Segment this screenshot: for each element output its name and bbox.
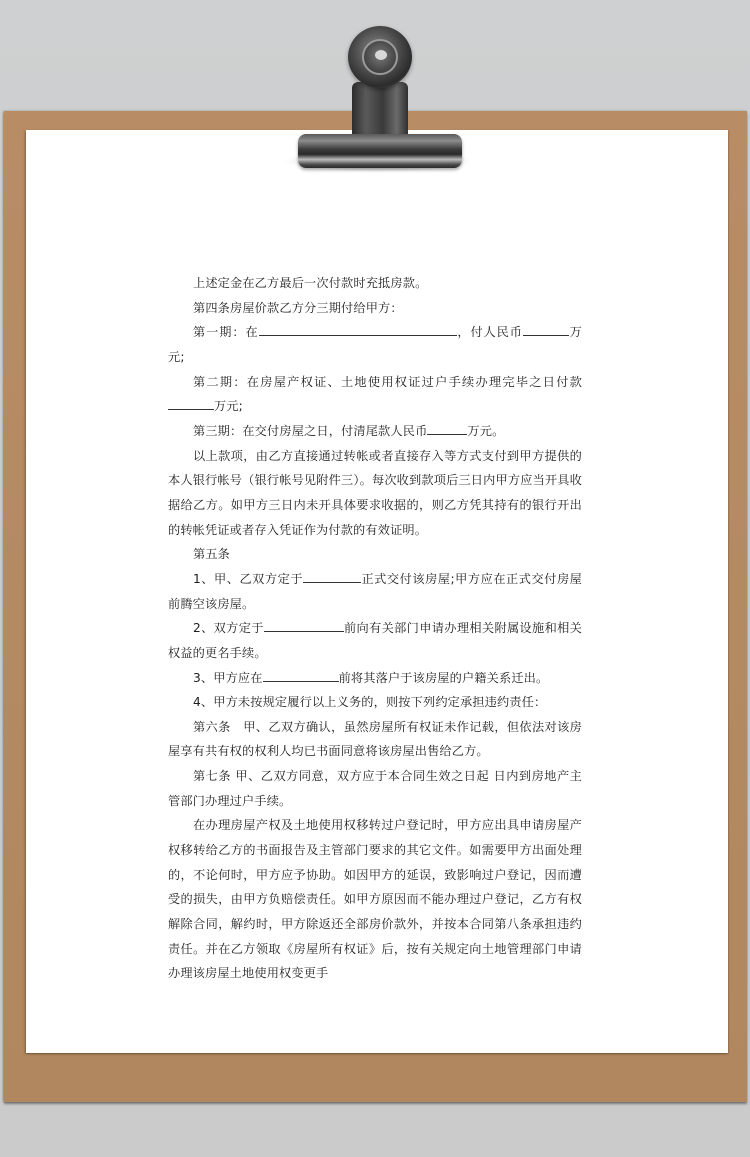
text-segment: 在办理房屋产权及土地使用权移转过户登记时，甲方应出具申请房屋产权移转给乙方的书面… [168,818,582,980]
paragraph-article-6: 第六条 甲、乙双方确认，虽然房屋所有权证未作记载，但依法对该房屋享有共有权的权利… [168,715,582,764]
paragraph-installment-2: 第二期：在房屋产权证、土地使用权证过户手续办理完毕之日付款万元; [168,370,582,419]
paragraph-article-7: 第七条 甲、乙双方同意，双方应于本合同生效之日起 日内到房地产主管部门办理过户手… [168,764,582,813]
text-segment: 2、双方定于 [193,621,264,635]
text-segment: 万元; [214,399,243,413]
paragraph-payment-method: 以上款项，由乙方直接通过转帐或者直接存入等方式支付到甲方提供的本人银行帐号（银行… [168,444,582,543]
text-segment: 第二期：在房屋产权证、土地使用权证过户手续办理完毕之日付款 [193,375,582,389]
blank-field-amount [168,397,214,410]
paragraph-installment-1: 第一期：在，付人民币万元; [168,320,582,369]
paragraph-article-4-title: 第四条房屋价款乙方分三期付给甲方： [168,296,582,321]
clip-ring-inner [362,39,398,75]
paragraph-installment-3: 第三期：在交付房屋之日，付清尾款人民币万元。 [168,419,582,444]
paragraph-article-5-item-4: 4、甲方未按规定履行以上义务的，则按下列约定承担违约责任： [168,690,582,715]
paragraph-article-5-title: 第五条 [168,542,582,567]
clip-hole [375,50,387,60]
text-segment: 3、甲方应在 [193,671,263,685]
paragraph-article-5-item-2: 2、双方定于前向有关部门申请办理相关附属设施和相关权益的更名手续。 [168,616,582,665]
text-segment: 以上款项，由乙方直接通过转帐或者直接存入等方式支付到甲方提供的本人银行帐号（银行… [168,449,582,537]
text-segment: 1、甲、乙双方定于 [193,572,303,586]
blank-field-amount [427,422,467,435]
text-segment: 万元。 [467,424,504,438]
text-segment: ，付人民币 [457,325,523,339]
text-segment: 第六条 甲、乙双方确认，虽然房屋所有权证未作记载，但依法对该房屋享有共有权的权利… [168,720,582,759]
blank-field-date [264,619,344,632]
blank-field-date [263,669,339,682]
text-segment: 第七条 甲、乙双方同意，双方应于本合同生效之日起 日内到房地产主管部门办理过户手… [168,769,582,808]
paragraph-article-5-item-3: 3、甲方应在前将其落户于该房屋的户籍关系迁出。 [168,666,582,691]
paragraph-transfer-registration: 在办理房屋产权及土地使用权移转过户登记时，甲方应出具申请房屋产权移转给乙方的书面… [168,813,582,986]
paragraph-deposit-offset: 上述定金在乙方最后一次付款时充抵房款。 [168,271,582,296]
blank-field-date [259,323,457,336]
text-segment: 第五条 [193,547,230,561]
text-segment: 第四条房屋价款乙方分三期付给甲方： [193,301,403,315]
clip-ring [348,26,412,88]
text-segment: 4、甲方未按规定履行以上义务的，则按下列约定承担违约责任： [193,695,546,709]
text-segment: 第一期：在 [193,325,259,339]
paragraph-article-5-item-1: 1、甲、乙双方定于正式交付该房屋;甲方应在正式交付房屋前腾空该房屋。 [168,567,582,616]
text-segment: 上述定金在乙方最后一次付款时充抵房款。 [193,276,427,290]
text-segment: 前将其落户于该房屋的户籍关系迁出。 [339,671,549,685]
blank-field-amount [523,323,569,336]
blank-field-date [303,570,361,583]
text-segment: 第三期：在交付房屋之日，付清尾款人民币 [193,424,427,438]
contract-text: 上述定金在乙方最后一次付款时充抵房款。 第四条房屋价款乙方分三期付给甲方： 第一… [168,271,582,986]
